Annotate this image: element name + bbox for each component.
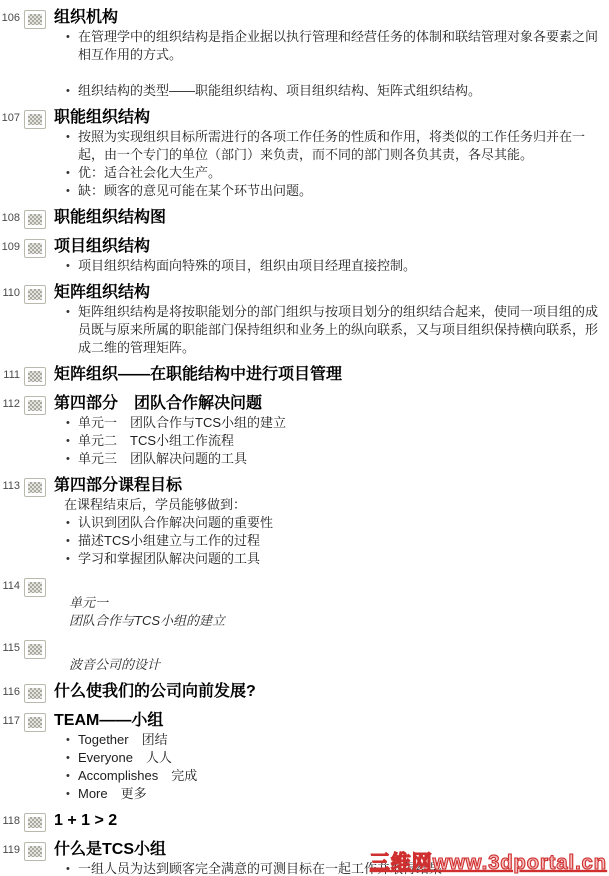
outline-slide-115: 115波音公司的设计 (0, 638, 609, 674)
slide-thumbnail-icon[interactable] (24, 110, 46, 129)
body-text-line[interactable]: 在课程结束后，学员能够做到： (54, 496, 605, 514)
slide-icon-cell (20, 682, 54, 703)
slide-content: 项目组织结构•项目组织结构面向特殊的项目，组织由项目经理直接控制。 (54, 237, 609, 275)
bullet-item: •Together 团结 (54, 731, 605, 749)
outline-slide-112: 112第四部分 团队合作解决问题•单元一 团队合作与TCS小组的建立•单元二 T… (0, 394, 609, 468)
bullet-icon: • (66, 128, 78, 164)
bullet-icon: • (66, 432, 78, 450)
bullet-text[interactable]: 按照为实现组织目标所需进行的各项工作任务的性质和作用，将类似的工作任务归并在一起… (78, 128, 605, 164)
slide-number[interactable]: 114 (0, 576, 20, 630)
outline: 106组织机构•在管理学中的组织结构是指企业据以执行管理和经营任务的体制和联结管… (0, 0, 609, 876)
bullet-text[interactable]: More 更多 (78, 785, 605, 803)
bullet-text[interactable]: 单元一 团队合作与TCS小组的建立 (78, 414, 605, 432)
bullet-icon: • (66, 414, 78, 432)
slide-number[interactable]: 119 (0, 840, 20, 876)
slide-number[interactable]: 115 (0, 638, 20, 674)
bullet-icon: • (66, 785, 78, 803)
checker-pattern (28, 717, 42, 728)
bullet-icon: • (66, 182, 78, 200)
checker-pattern (28, 817, 42, 828)
italic-text-line[interactable]: 团队合作与TCS小组的建立 (54, 612, 605, 630)
outline-slide-117: 117TEAM——小组•Together 团结•Everyone 人人•Acco… (0, 711, 609, 803)
bullet-text[interactable]: 组织结构的类型——职能组织结构、项目组织结构、矩阵式组织结构。 (78, 82, 605, 100)
slide-title[interactable]: 职能组织结构图 (54, 208, 605, 228)
bullet-item: •认识到团队合作解决问题的重要性 (54, 514, 605, 532)
slide-content: 矩阵组织——在职能结构中进行项目管理 (54, 365, 609, 386)
bullet-icon: • (66, 82, 78, 100)
bullet-icon: • (66, 303, 78, 357)
slide-thumbnail-icon[interactable] (24, 842, 46, 861)
bullet-icon: • (66, 164, 78, 182)
slide-content: 1 + 1 > 2 (54, 811, 609, 832)
bullet-text[interactable]: 描述TCS小组建立与工作的过程 (78, 532, 605, 550)
bullet-item: •优：适合社会化大生产。 (54, 164, 605, 182)
slide-icon-cell (20, 711, 54, 803)
outline-slide-106: 106组织机构•在管理学中的组织结构是指企业据以执行管理和经营任务的体制和联结管… (0, 8, 609, 100)
bullet-text[interactable]: 单元二 TCS小组工作流程 (78, 432, 605, 450)
checker-pattern (28, 14, 42, 25)
blank-line (54, 64, 605, 82)
slide-thumbnail-icon[interactable] (24, 640, 46, 659)
bullet-item: •学习和掌握团队解决问题的工具 (54, 550, 605, 568)
slide-title[interactable]: 矩阵组织结构 (54, 283, 605, 303)
outline-slide-116: 116什么使我们的公司向前发展? (0, 682, 609, 703)
bullet-item: •组织结构的类型——职能组织结构、项目组织结构、矩阵式组织结构。 (54, 82, 605, 100)
bullet-item: •在管理学中的组织结构是指企业据以执行管理和经营任务的体制和联结管理对象各要素之… (54, 28, 605, 64)
bullet-icon: • (66, 532, 78, 550)
bullet-item: •缺：顾客的意见可能在某个环节出问题。 (54, 182, 605, 200)
slide-icon-cell (20, 283, 54, 357)
outline-slide-113: 113第四部分课程目标在课程结束后，学员能够做到：•认识到团队合作解决问题的重要… (0, 476, 609, 568)
slide-content: 波音公司的设计 (54, 638, 609, 674)
bullet-text[interactable]: 优：适合社会化大生产。 (78, 164, 605, 182)
blank-line (54, 638, 605, 656)
slide-content: 第四部分 团队合作解决问题•单元一 团队合作与TCS小组的建立•单元二 TCS小… (54, 394, 609, 468)
slide-title[interactable]: TEAM——小组 (54, 711, 605, 731)
slide-thumbnail-icon[interactable] (24, 396, 46, 415)
bullet-text[interactable]: Together 团结 (78, 731, 605, 749)
bullet-icon: • (66, 450, 78, 468)
checker-pattern (28, 688, 42, 699)
outline-slide-110: 110矩阵组织结构•矩阵组织结构是将按职能划分的部门组织与按项目划分的组织结合起… (0, 283, 609, 357)
slide-thumbnail-icon[interactable] (24, 10, 46, 29)
bullet-item: •矩阵组织结构是将按职能划分的部门组织与按项目划分的组织结合起来，使同一项目组的… (54, 303, 605, 357)
bullet-item: •项目组织结构面向特殊的项目，组织由项目经理直接控制。 (54, 257, 605, 275)
bullet-text[interactable]: Everyone 人人 (78, 749, 605, 767)
slide-number[interactable]: 111 (0, 365, 20, 386)
slide-content: 第四部分课程目标在课程结束后，学员能够做到：•认识到团队合作解决问题的重要性•描… (54, 476, 609, 568)
bullet-text[interactable]: 在管理学中的组织结构是指企业据以执行管理和经营任务的体制和联结管理对象各要素之间… (78, 28, 605, 64)
outline-slide-114: 114单元一团队合作与TCS小组的建立 (0, 576, 609, 630)
slide-number[interactable]: 113 (0, 476, 20, 568)
blank-line (54, 576, 605, 594)
slide-number[interactable]: 112 (0, 394, 20, 468)
bullet-item: •按照为实现组织目标所需进行的各项工作任务的性质和作用，将类似的工作任务归并在一… (54, 128, 605, 164)
checker-pattern (28, 400, 42, 411)
checker-pattern (28, 371, 42, 382)
slide-number[interactable]: 106 (0, 8, 20, 100)
outline-slide-111: 111矩阵组织——在职能结构中进行项目管理 (0, 365, 609, 386)
checker-pattern (28, 644, 42, 655)
outline-slide-108: 108职能组织结构图 (0, 208, 609, 229)
bullet-icon: • (66, 514, 78, 532)
slide-number[interactable]: 118 (0, 811, 20, 832)
bullet-icon: • (66, 860, 78, 876)
slide-number[interactable]: 116 (0, 682, 20, 703)
slide-content: 单元一团队合作与TCS小组的建立 (54, 576, 609, 630)
bullet-icon: • (66, 28, 78, 64)
slide-content: 职能组织结构图 (54, 208, 609, 229)
slide-thumbnail-icon[interactable] (24, 478, 46, 497)
slide-thumbnail-icon[interactable] (24, 713, 46, 732)
checker-pattern (28, 214, 42, 225)
watermark: 三维网www.3dportal.cn (370, 846, 607, 875)
bullet-text[interactable]: 缺：顾客的意见可能在某个环节出问题。 (78, 182, 605, 200)
checker-pattern (28, 482, 42, 493)
slide-content: 矩阵组织结构•矩阵组织结构是将按职能划分的部门组织与按项目划分的组织结合起来，使… (54, 283, 609, 357)
slide-number[interactable]: 107 (0, 108, 20, 200)
slide-content: TEAM——小组•Together 团结•Everyone 人人•Accompl… (54, 711, 609, 803)
slide-title[interactable]: 第四部分 团队合作解决问题 (54, 394, 605, 414)
slide-thumbnail-icon[interactable] (24, 285, 46, 304)
outline-slide-118: 1181 + 1 > 2 (0, 811, 609, 832)
slide-title[interactable]: 职能组织结构 (54, 108, 605, 128)
slide-icon-cell (20, 638, 54, 674)
slide-title[interactable]: 项目组织结构 (54, 237, 605, 257)
bullet-text[interactable]: 学习和掌握团队解决问题的工具 (78, 550, 605, 568)
bullet-item: •Everyone 人人 (54, 749, 605, 767)
bullet-text[interactable]: 矩阵组织结构是将按职能划分的部门组织与按项目划分的组织结合起来，使同一项目组的成… (78, 303, 605, 357)
bullet-item: •单元一 团队合作与TCS小组的建立 (54, 414, 605, 432)
bullet-icon: • (66, 550, 78, 568)
slide-number[interactable]: 117 (0, 711, 20, 803)
bullet-text[interactable]: 单元三 团队解决问题的工具 (78, 450, 605, 468)
slide-icon-cell (20, 840, 54, 876)
bullet-item: •单元二 TCS小组工作流程 (54, 432, 605, 450)
slide-title[interactable]: 矩阵组织——在职能结构中进行项目管理 (54, 365, 605, 385)
slide-number[interactable]: 109 (0, 237, 20, 275)
bullet-text[interactable]: 项目组织结构面向特殊的项目，组织由项目经理直接控制。 (78, 257, 605, 275)
slide-icon-cell (20, 476, 54, 568)
bullet-item: •Accomplishes 完成 (54, 767, 605, 785)
bullet-text[interactable]: 认识到团队合作解决问题的重要性 (78, 514, 605, 532)
slide-icon-cell (20, 576, 54, 630)
checker-pattern (28, 846, 42, 857)
slide-thumbnail-icon[interactable] (24, 210, 46, 229)
italic-text-line[interactable]: 波音公司的设计 (54, 656, 605, 674)
slide-thumbnail-icon[interactable] (24, 367, 46, 386)
slide-icon-cell (20, 237, 54, 275)
slide-icon-cell (20, 8, 54, 100)
checker-pattern (28, 289, 42, 300)
italic-text-line[interactable]: 单元一 (54, 594, 605, 612)
bullet-icon: • (66, 257, 78, 275)
outline-slide-107: 107职能组织结构•按照为实现组织目标所需进行的各项工作任务的性质和作用，将类似… (0, 108, 609, 200)
slide-title[interactable]: 1 + 1 > 2 (54, 811, 605, 831)
slide-icon-cell (20, 208, 54, 229)
slide-icon-cell (20, 811, 54, 832)
checker-pattern (28, 114, 42, 125)
slide-title[interactable]: 什么使我们的公司向前发展? (54, 682, 605, 702)
slide-title[interactable]: 组织机构 (54, 8, 605, 28)
slide-thumbnail-icon[interactable] (24, 813, 46, 832)
slide-thumbnail-icon[interactable] (24, 578, 46, 597)
bullet-item: •More 更多 (54, 785, 605, 803)
bullet-text[interactable]: Accomplishes 完成 (78, 767, 605, 785)
checker-pattern (28, 243, 42, 254)
bullet-icon: • (66, 767, 78, 785)
slide-thumbnail-icon[interactable] (24, 239, 46, 258)
bullet-icon: • (66, 731, 78, 749)
bullet-item: •描述TCS小组建立与工作的过程 (54, 532, 605, 550)
slide-title[interactable]: 第四部分课程目标 (54, 476, 605, 496)
slide-icon-cell (20, 365, 54, 386)
slide-content: 职能组织结构•按照为实现组织目标所需进行的各项工作任务的性质和作用，将类似的工作… (54, 108, 609, 200)
bullet-icon: • (66, 749, 78, 767)
outline-slide-109: 109项目组织结构•项目组织结构面向特殊的项目，组织由项目经理直接控制。 (0, 237, 609, 275)
slide-number[interactable]: 108 (0, 208, 20, 229)
slide-number[interactable]: 110 (0, 283, 20, 357)
slide-icon-cell (20, 394, 54, 468)
bullet-item: •单元三 团队解决问题的工具 (54, 450, 605, 468)
checker-pattern (28, 582, 42, 593)
slide-content: 组织机构•在管理学中的组织结构是指企业据以执行管理和经营任务的体制和联结管理对象… (54, 8, 609, 100)
slide-thumbnail-icon[interactable] (24, 684, 46, 703)
slide-icon-cell (20, 108, 54, 200)
slide-content: 什么使我们的公司向前发展? (54, 682, 609, 703)
